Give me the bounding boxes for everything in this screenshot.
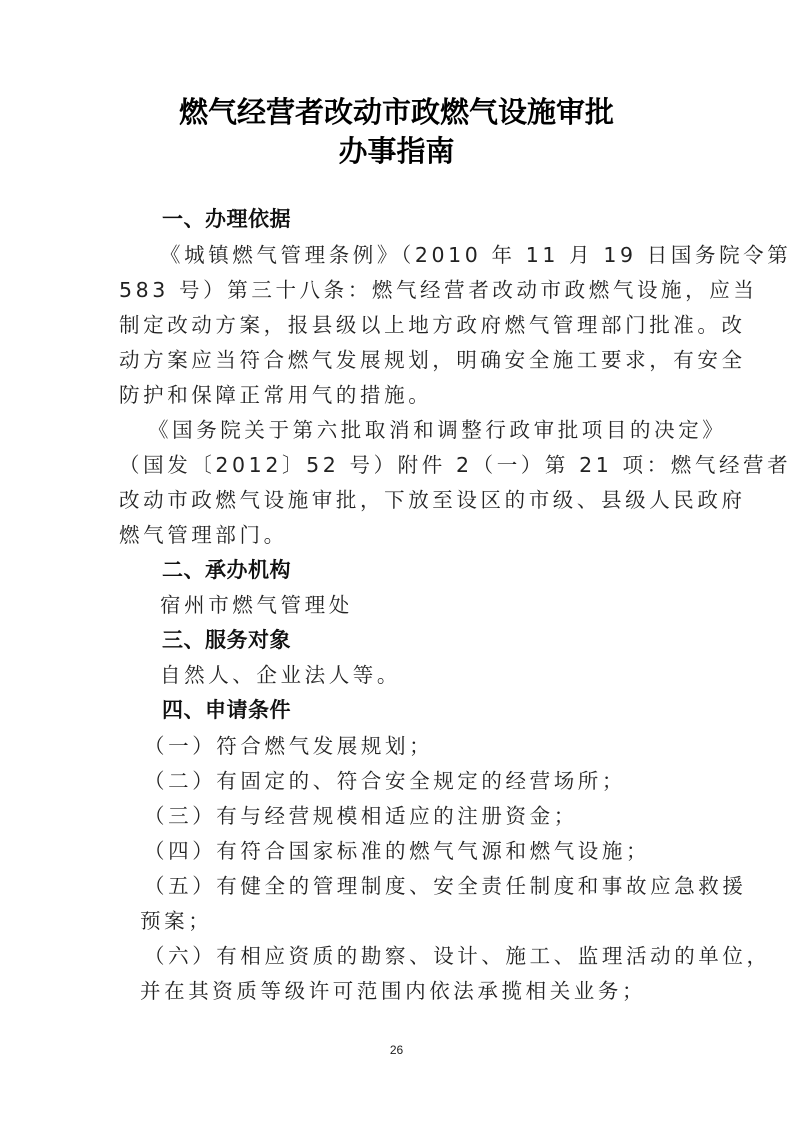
- condition-item: （四）有符合国家标准的燃气气源和燃气设施；: [144, 837, 650, 865]
- paragraph-line: 改动市政燃气设施审批，下放至设区的市级、县级人民政府: [119, 486, 746, 514]
- section-heading-basis: 一、办理依据: [162, 205, 291, 233]
- condition-item: （一）符合燃气发展规划；: [144, 732, 433, 760]
- paragraph-line: 制定改动方案，报县级以上地方政府燃气管理部门批准。改: [119, 311, 746, 339]
- document-title-line-1: 燃气经营者改动市政燃气设施审批: [0, 94, 793, 130]
- paragraph-line: 宿州市燃气管理处: [160, 591, 353, 619]
- paragraph-line: 自然人、企业法人等。: [160, 661, 401, 689]
- paragraph-line: 动方案应当符合燃气发展规划，明确安全施工要求，有安全: [119, 346, 746, 374]
- section-heading-agency: 二、承办机构: [162, 556, 291, 584]
- paragraph-line: 《城镇燃气管理条例》（2010 年 11 月 19 日国务院令第: [160, 241, 791, 269]
- section-heading-conditions: 四、申请条件: [162, 696, 291, 724]
- document-title-line-2: 办事指南: [0, 133, 793, 169]
- condition-item: （三）有与经营规模相适应的注册资金；: [144, 802, 578, 830]
- page-number: 26: [0, 1043, 793, 1057]
- paragraph-line: 燃气管理部门。: [119, 521, 288, 549]
- condition-item-continuation: 预案；: [140, 907, 212, 935]
- condition-item: （二）有固定的、符合安全规定的经营场所；: [144, 767, 626, 795]
- condition-item-continuation: 并在其资质等级许可范围内依法承揽相关业务；: [140, 977, 646, 1005]
- condition-item: （五）有健全的管理制度、安全责任制度和事故应急救援: [144, 872, 747, 900]
- document-page: 燃气经营者改动市政燃气设施审批 办事指南 一、办理依据 《城镇燃气管理条例》（2…: [0, 0, 793, 1122]
- paragraph-line: 583 号）第三十八条：燃气经营者改动市政燃气设施，应当: [119, 276, 757, 304]
- section-heading-service-target: 三、服务对象: [162, 626, 291, 654]
- paragraph-line: 防护和保障正常用气的措施。: [119, 381, 432, 409]
- paragraph-line: （国发〔2012〕52 号）附件 2（一）第 21 项：燃气经营者: [119, 451, 791, 479]
- condition-item: （六）有相应资质的勘察、设计、施工、监理活动的单位，: [144, 942, 771, 970]
- paragraph-line: 《国务院关于第六批取消和调整行政审批项目的决定》: [148, 416, 726, 444]
